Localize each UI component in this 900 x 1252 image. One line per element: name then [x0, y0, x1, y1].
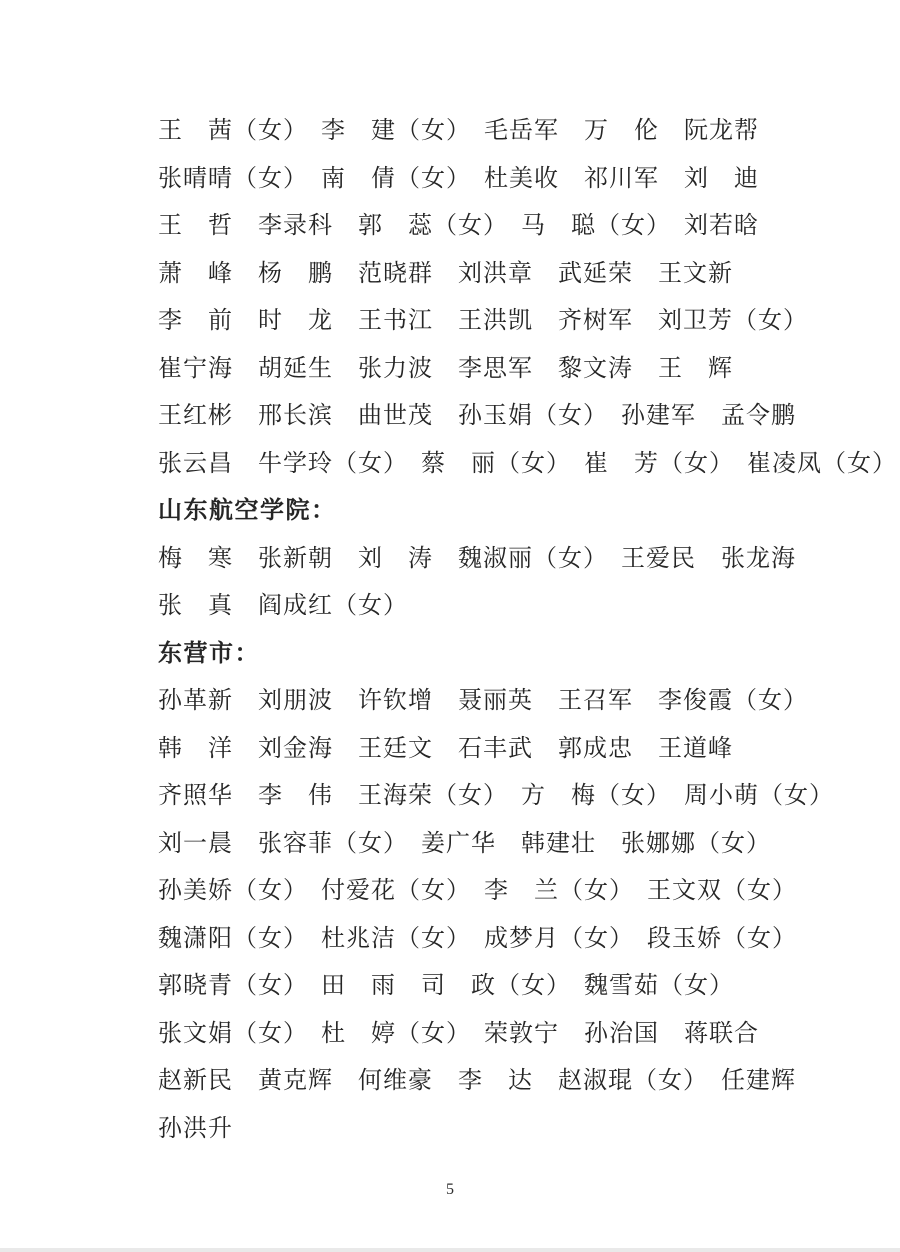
- name-list-line: 王 哲 李录科 郭 蕊（女） 马 聪（女） 刘若晗: [158, 203, 818, 251]
- document-page: 王 茜（女） 李 建（女） 毛岳军 万 伦 阮龙帮 张晴晴（女） 南 倩（女） …: [0, 0, 900, 1252]
- name-list-line: 崔宁海 胡延生 张力波 李思军 黎文涛 王 辉: [158, 346, 818, 394]
- name-list-line: 刘一晨 张容菲（女） 姜广华 韩建壮 张娜娜（女）: [158, 821, 818, 869]
- name-list-line: 齐照华 李 伟 王海荣（女） 方 梅（女） 周小萌（女）: [158, 773, 818, 821]
- name-list-line: 郭晓青（女） 田 雨 司 政（女） 魏雪茹（女）: [158, 963, 818, 1011]
- name-list: 王 茜（女） 李 建（女） 毛岳军 万 伦 阮龙帮 张晴晴（女） 南 倩（女） …: [158, 108, 818, 1153]
- name-list-line: 王 茜（女） 李 建（女） 毛岳军 万 伦 阮龙帮: [158, 108, 818, 156]
- section-header-dongying-city: 东营市：: [158, 631, 818, 679]
- section-header-shandong-aviation-college: 山东航空学院：: [158, 488, 818, 536]
- name-list-line: 李 前 时 龙 王书江 王洪凯 齐树军 刘卫芳（女）: [158, 298, 818, 346]
- name-list-line: 孙革新 刘朋波 许钦增 聂丽英 王召军 李俊霞（女）: [158, 678, 818, 726]
- name-list-line: 张 真 阎成红（女）: [158, 583, 818, 631]
- name-list-line: 孙美娇（女） 付爱花（女） 李 兰（女） 王文双（女）: [158, 868, 818, 916]
- name-list-line: 萧 峰 杨 鹏 范晓群 刘洪章 武延荣 王文新: [158, 251, 818, 299]
- name-list-line: 张云昌 牛学玲（女） 蔡 丽（女） 崔 芳（女） 崔凌凤（女）: [158, 441, 818, 489]
- name-list-line: 王红彬 邢长滨 曲世茂 孙玉娟（女） 孙建军 孟令鹏: [158, 393, 818, 441]
- name-list-line: 张文娟（女） 杜 婷（女） 荣敦宁 孙治国 蒋联合: [158, 1011, 818, 1059]
- name-list-line: 韩 洋 刘金海 王廷文 石丰武 郭成忠 王道峰: [158, 726, 818, 774]
- page-number: 5: [0, 1178, 900, 1202]
- name-list-line: 张晴晴（女） 南 倩（女） 杜美收 祁川军 刘 迪: [158, 156, 818, 204]
- name-list-line: 魏潇阳（女） 杜兆洁（女） 成梦月（女） 段玉娇（女）: [158, 916, 818, 964]
- name-list-line: 梅 寒 张新朝 刘 涛 魏淑丽（女） 王爱民 张龙海: [158, 536, 818, 584]
- page-bottom-edge: [0, 1248, 900, 1252]
- name-list-line: 赵新民 黄克辉 何维豪 李 达 赵淑琨（女） 任建辉: [158, 1058, 818, 1106]
- name-list-line: 孙洪升: [158, 1106, 818, 1154]
